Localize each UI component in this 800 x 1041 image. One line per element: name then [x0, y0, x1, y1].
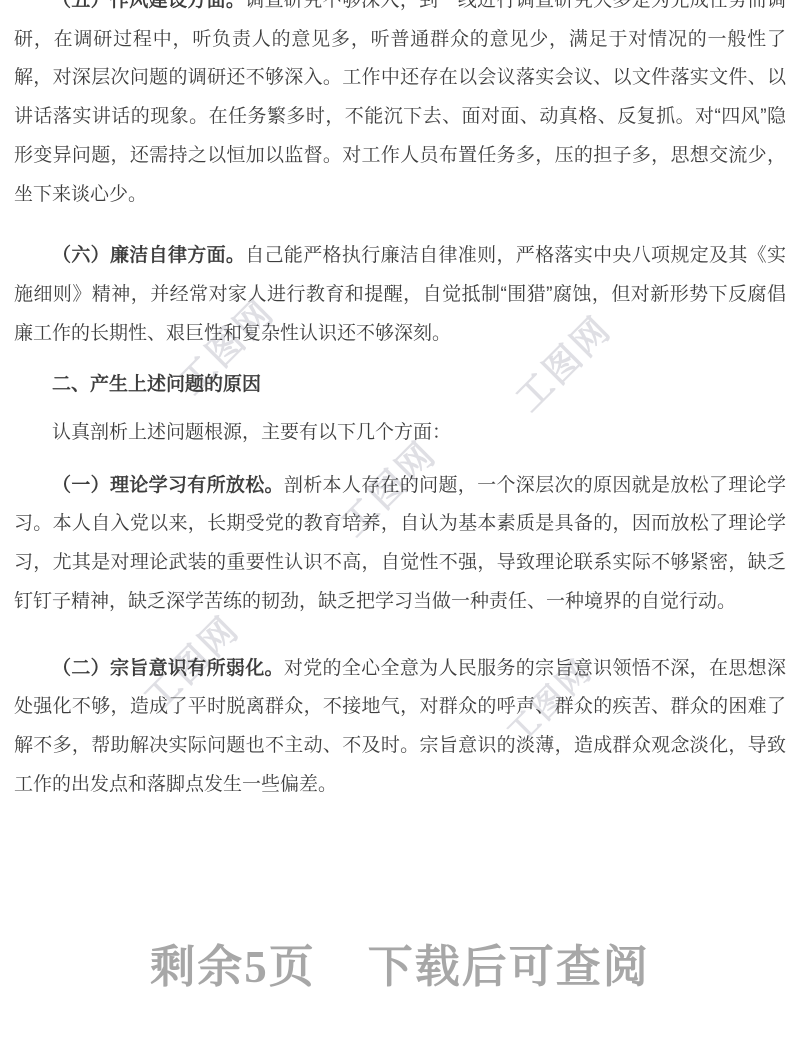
document-preview-page: 工图网 工图网 工图网 工图网 工图网 （五）作风建设方面。调查研究不够深入，到… — [0, 0, 800, 1041]
download-hint-label: 下载后可查阅 — [368, 942, 650, 992]
section-label-one: （一）理论学习有所放松。 — [52, 475, 284, 496]
paragraph-purpose-awareness: （二）宗旨意识有所弱化。对党的全心全意为人民服务的宗旨意识领悟不深，在思想深处强… — [14, 650, 786, 805]
paragraph-theory-study: （一）理论学习有所放松。剖析本人存在的问题，一个深层次的原因就是放松了理论学习。… — [14, 467, 786, 622]
paragraph-text: 认真剖析上述问题根源，主要有以下几个方面： — [52, 422, 451, 443]
document-body: （五）作风建设方面。调查研究不够深入，到一线进行调查研究大多是为完成任务而调研，… — [14, 0, 786, 804]
heading-text: 二、产生上述问题的原因 — [52, 374, 261, 395]
paragraph-text: 调查研究不够深入，到一线进行调查研究大多是为完成任务而调研，在调研过程中，听负责… — [14, 0, 786, 205]
remaining-pages-label: 剩余5页 — [150, 942, 316, 992]
section-heading-causes: 二、产生上述问题的原因 — [14, 366, 786, 405]
section-label-five: （五）作风建设方面。 — [52, 0, 245, 11]
section-label-two: （二）宗旨意识有所弱化。 — [52, 658, 284, 679]
remaining-pages-banner: 剩余5页下载后可查阅 — [0, 930, 800, 995]
section-label-six: （六）廉洁自律方面。 — [52, 245, 245, 266]
paragraph-integrity-section: （六）廉洁自律方面。自己能严格执行廉洁自律准则，严格落实中央八项规定及其《实施细… — [14, 237, 786, 353]
paragraph-work-style-section: （五）作风建设方面。调查研究不够深入，到一线进行调查研究大多是为完成任务而调研，… — [14, 0, 786, 214]
paragraph-causes-intro: 认真剖析上述问题根源，主要有以下几个方面： — [14, 414, 786, 453]
